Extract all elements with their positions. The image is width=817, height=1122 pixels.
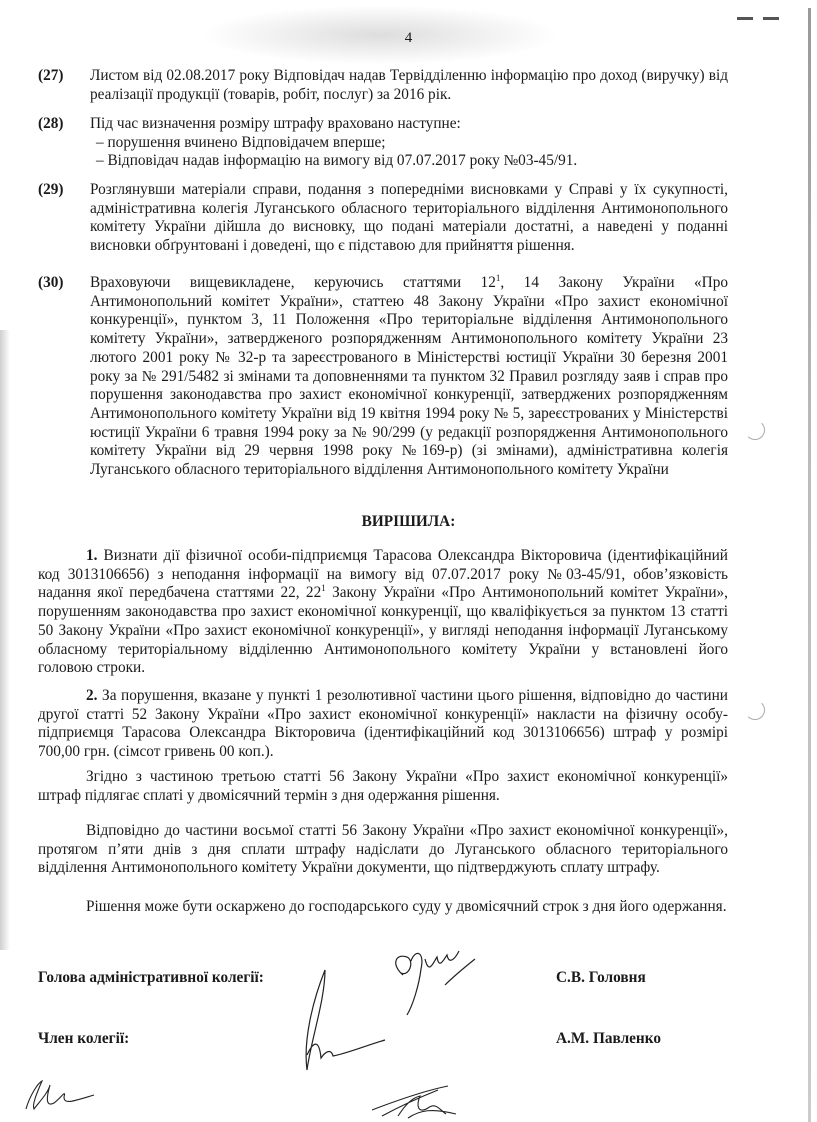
closing-paragraph-payment-term: Згідно з частиною третьою статті 56 Зако… <box>38 768 728 805</box>
paragraph-text: Листом від 02.08.2017 року Відповідач на… <box>90 67 728 104</box>
punch-hole-mark <box>745 420 765 440</box>
resolution-2: 2. За порушення, вказане у пункті 1 резо… <box>38 687 728 762</box>
signatory-name: А.М. Павленко <box>556 1030 661 1048</box>
signatory-name: С.В. Головня <box>556 969 646 987</box>
paragraph-28: (28) Під час визначення розміру штрафу в… <box>38 115 728 171</box>
list-item: порушення вчинено Відповідачем вперше; <box>96 134 728 153</box>
initials-signature-left <box>20 1075 100 1115</box>
paragraph-29: (29) Розглянувши матеріали справи, подан… <box>38 181 728 256</box>
scan-edge-right <box>808 8 811 1122</box>
paragraph-number: (28) <box>38 115 64 134</box>
scan-edge-left <box>0 330 10 950</box>
initials-signature-center <box>368 1080 463 1122</box>
paragraph-number: (27) <box>38 67 64 86</box>
decision-heading: ВИРІШИЛА: <box>0 513 817 531</box>
paragraph-27: (27) Листом від 02.08.2017 року Відповід… <box>38 67 728 104</box>
handwritten-signature-member <box>295 960 395 1080</box>
document-page: 4 (27) Листом від 02.08.2017 року Відпов… <box>0 0 817 1122</box>
paragraph-text: Розглянувши матеріали справи, подання з … <box>90 181 728 256</box>
signatory-role: Член колегії: <box>38 1030 129 1048</box>
paragraph-text: Враховуючи вищевикладене, керуючись стат… <box>90 274 728 480</box>
closing-paragraph-payment-proof: Відповідно до частини восьмої статті 56 … <box>38 822 728 878</box>
resolution-1: 1. Визнати дії фізичної особи-підприємця… <box>38 547 728 678</box>
paragraph-number: (30) <box>38 274 64 293</box>
punch-hole-mark <box>745 700 765 720</box>
paragraph-text: Під час визначення розміру штрафу врахов… <box>90 115 728 134</box>
page-number: 4 <box>0 30 817 47</box>
signatory-role: Голова адміністративної колегії: <box>38 969 264 987</box>
bullet-list: порушення вчинено Відповідачем вперше; В… <box>38 134 728 171</box>
paragraph-30: (30) Враховуючи вищевикладене, керуючись… <box>38 274 728 480</box>
handwritten-signature-chair <box>385 945 485 1020</box>
closing-paragraph-appeal: Рішення може бути оскаржено до господарс… <box>38 898 728 917</box>
paragraph-number: (29) <box>38 181 64 200</box>
list-item: Відповідач надав інформацію на вимогу ві… <box>96 152 728 171</box>
top-corner-marks <box>737 17 779 20</box>
